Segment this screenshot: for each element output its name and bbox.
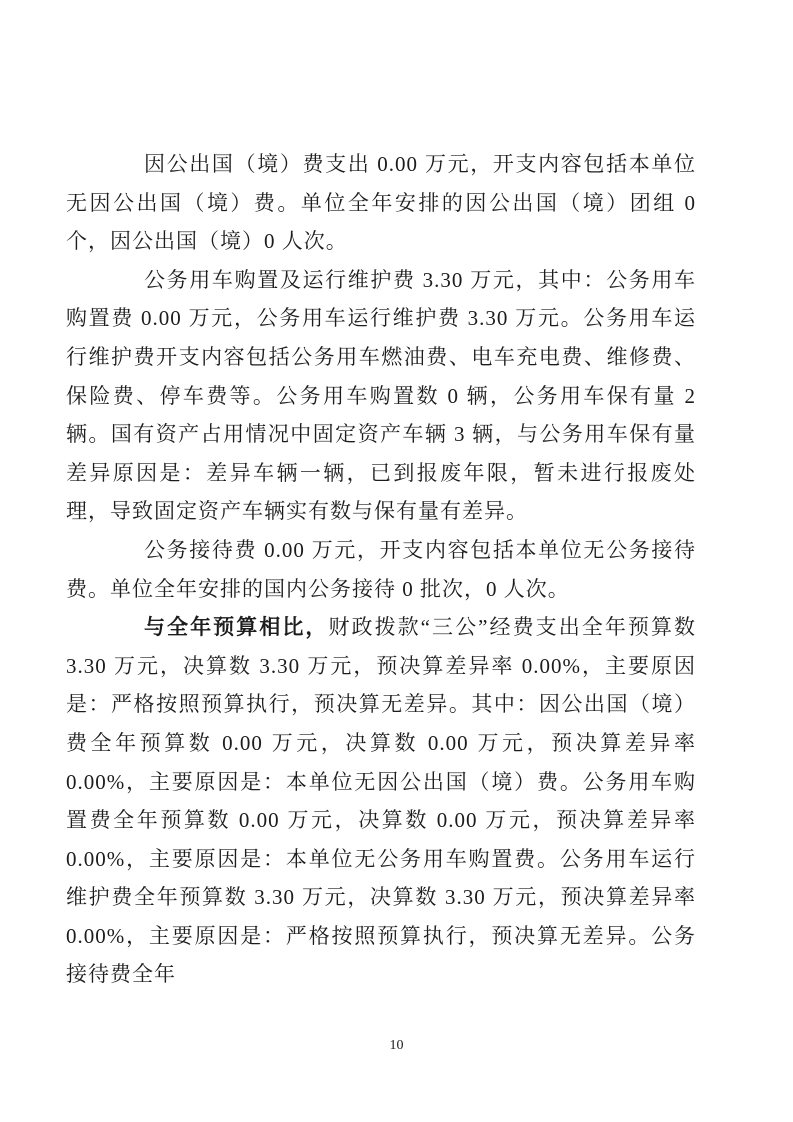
paragraph-text: 财政拨款“三公”经费支出全年预算数 3.30 万元，决算数 3.30 万元，预决… xyxy=(66,615,696,986)
paragraph-text: 公务接待费 0.00 万元，开支内容包括本单位无公务接待费。单位全年安排的国内公… xyxy=(66,538,696,601)
paragraph-official-reception-expense: 公务接待费 0.00 万元，开支内容包括本单位无公务接待费。单位全年安排的国内公… xyxy=(66,531,696,608)
document-body: 因公出国（境）费支出 0.00 万元，开支内容包括本单位无因公出国（境）费。单位… xyxy=(66,145,696,994)
paragraph-outbound-travel-expense: 因公出国（境）费支出 0.00 万元，开支内容包括本单位无因公出国（境）费。单位… xyxy=(66,145,696,261)
paragraph-text: 因公出国（境）费支出 0.00 万元，开支内容包括本单位无因公出国（境）费。单位… xyxy=(66,152,696,253)
paragraph-bold-lead: 与全年预算相比， xyxy=(144,615,328,639)
page-number: 10 xyxy=(390,1038,404,1053)
paragraph-text: 公务用车购置及运行维护费 3.30 万元，其中：公务用车购置费 0.00 万元，… xyxy=(66,268,696,524)
paragraph-budget-comparison: 与全年预算相比，财政拨款“三公”经费支出全年预算数 3.30 万元，决算数 3.… xyxy=(66,608,696,994)
paragraph-official-vehicle-expense: 公务用车购置及运行维护费 3.30 万元，其中：公务用车购置费 0.00 万元，… xyxy=(66,261,696,531)
page-footer: 10 xyxy=(0,1036,793,1054)
document-page: 因公出国（境）费支出 0.00 万元，开支内容包括本单位无因公出国（境）费。单位… xyxy=(0,0,793,1122)
